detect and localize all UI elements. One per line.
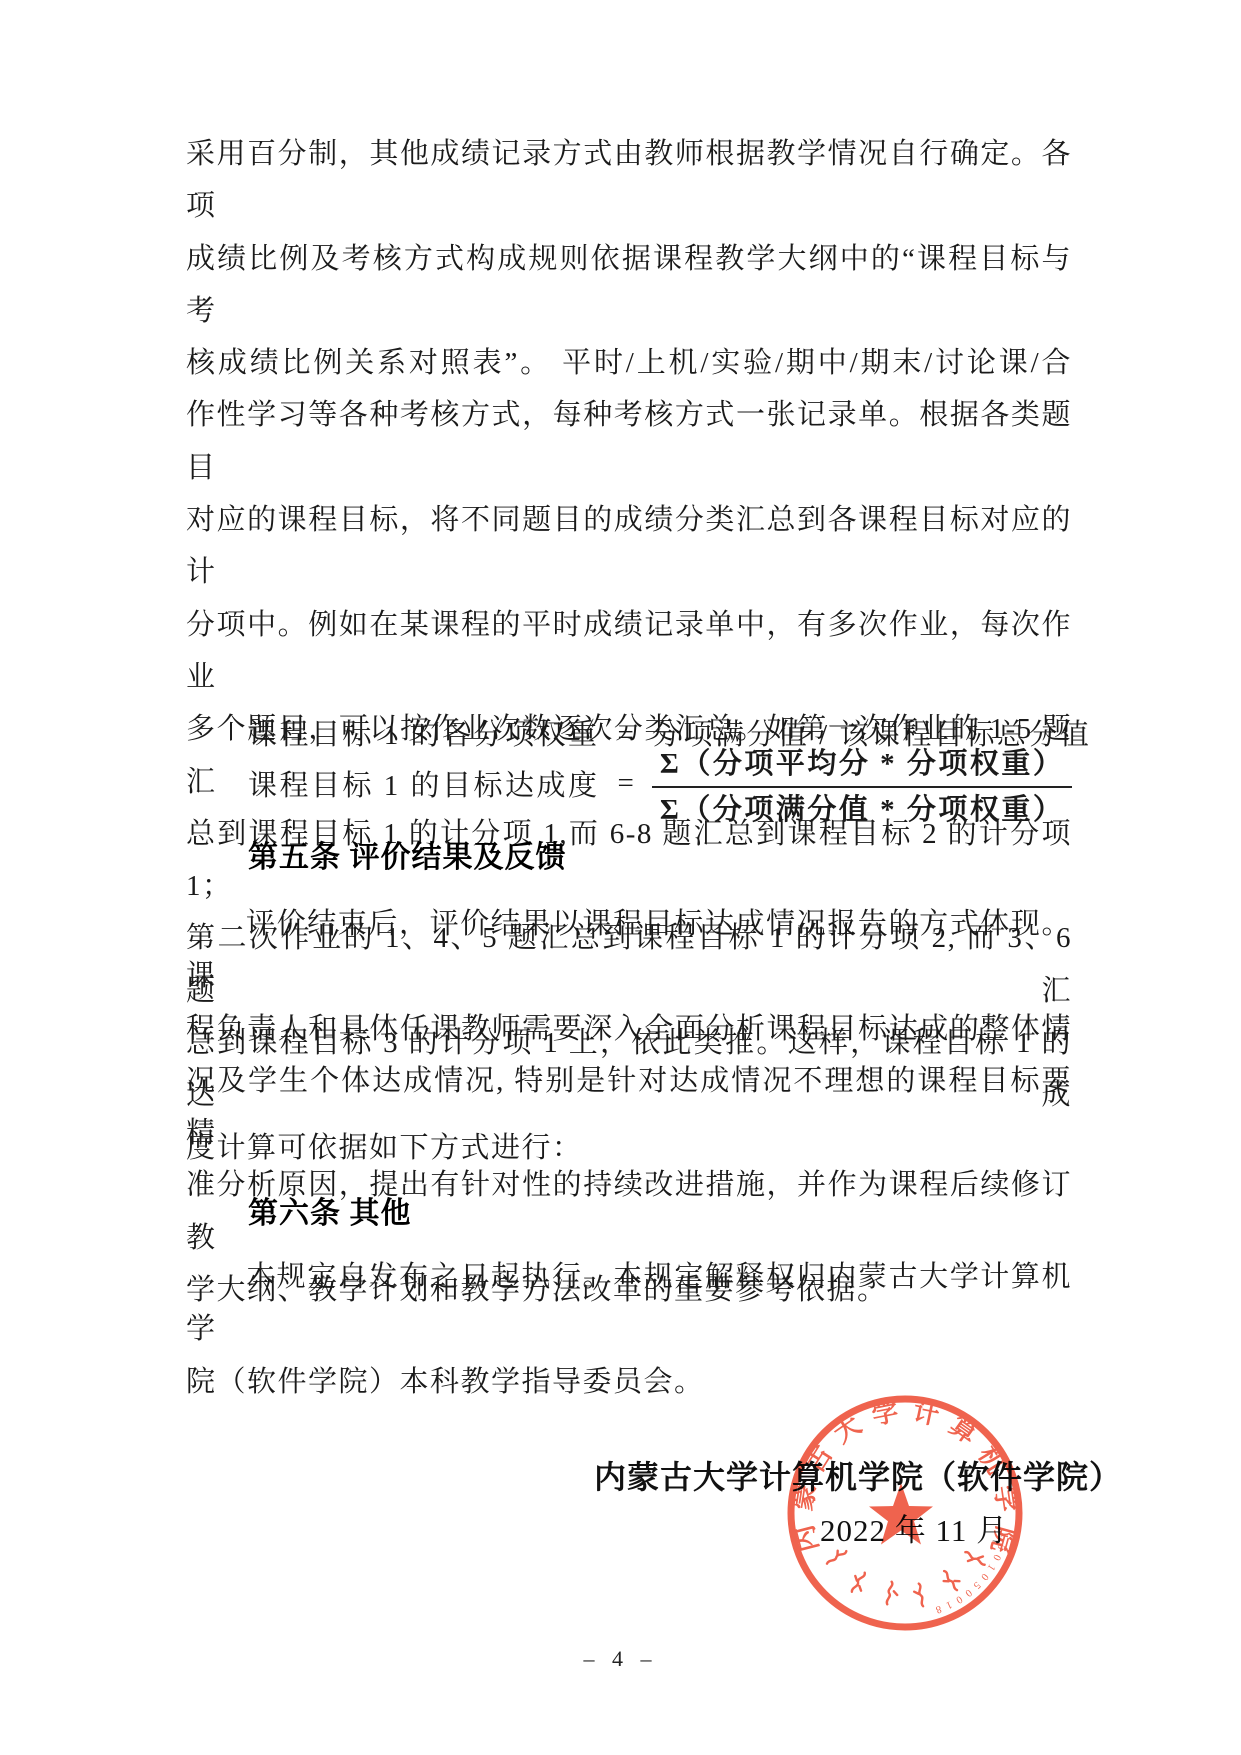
equals-sign: =	[618, 719, 634, 751]
section-heading-article-5: 第五条 评价结果及反馈	[248, 832, 567, 876]
section-6-paragraph: 本规定自发布之日起执行。本规定解释权归内蒙古大学计算机学 院（软件学院）本科教学…	[186, 1251, 1072, 1408]
text-line: 评价结束后，评价结果以课程目标达成情况报告的方式体现。课	[186, 898, 1072, 1003]
fraction-denominator: Σ（分项满分值 * 分项权重）	[652, 788, 1072, 827]
section-heading-article-6: 第六条 其他	[248, 1188, 412, 1232]
seal-serial-wrap: 15010500188	[783, 1391, 1010, 1616]
fraction-numerator: Σ（分项平均分 * 分项权重）	[652, 748, 1072, 788]
text-line: 程负责人和具体任课教师需要深入全面分析课程目标达成的整体情	[186, 1003, 1072, 1055]
text-line: 成绩比例及考核方式构成规则依据课程教学大纲中的“课程目标与考	[186, 233, 1072, 338]
fraction: Σ（分项平均分 * 分项权重） Σ（分项满分值 * 分项权重）	[652, 748, 1072, 827]
formula-achievement-line: 课程目标 1 的目标达成度 = Σ（分项平均分 * 分项权重） Σ（分项满分值 …	[248, 748, 1072, 827]
text-line: 院（软件学院）本科教学指导委员会。	[186, 1356, 1072, 1408]
signature-date: 2022 年 11 月	[820, 1505, 1008, 1550]
formula-weight-value: 分项满分值 / 该课程目标总分值	[652, 719, 1092, 751]
text-line: 作性学习等各种考核方式，每种考核方式一张记录单。根据各类题目	[186, 389, 1072, 494]
signature-organization: 内蒙古大学计算机学院（软件学院）	[594, 1452, 1122, 1498]
formula-achievement-label: 课程目标 1 的目标达成度	[248, 763, 600, 804]
text-line: 况及学生个体达成情况, 特别是针对达成情况不理想的课程目标要精	[186, 1055, 1072, 1160]
text-line: 分项中。例如在某课程的平时成绩记录单中，有多次作业，每次作业	[186, 599, 1072, 704]
seal-serial-number: 15010500188	[783, 1391, 1010, 1616]
text-line: 采用百分制，其他成绩记录方式由教师根据教学情况自行确定。各项	[186, 128, 1072, 233]
formula-weight-line: 课程目标 1 的各分项权重=分项满分值 / 该课程目标总分值	[248, 712, 1091, 753]
seal-mongolian-script-marks	[824, 1547, 988, 1607]
document-page: 采用百分制，其他成绩记录方式由教师根据教学情况自行确定。各项 成绩比例及考核方式…	[0, 0, 1241, 1755]
equals-sign: =	[618, 767, 634, 800]
text-line: 核成绩比例关系对照表”。 平时/上机/实验/期中/期末/讨论课/合	[186, 337, 1072, 389]
text-line: 对应的课程目标，将不同题目的成绩分类汇总到各课程目标对应的计	[186, 494, 1072, 599]
formula-weight-label: 课程目标 1 的各分项权重	[248, 719, 600, 751]
page-number: – 4 –	[0, 1646, 1241, 1672]
text-line: 本规定自发布之日起执行。本规定解释权归内蒙古大学计算机学	[186, 1251, 1072, 1356]
